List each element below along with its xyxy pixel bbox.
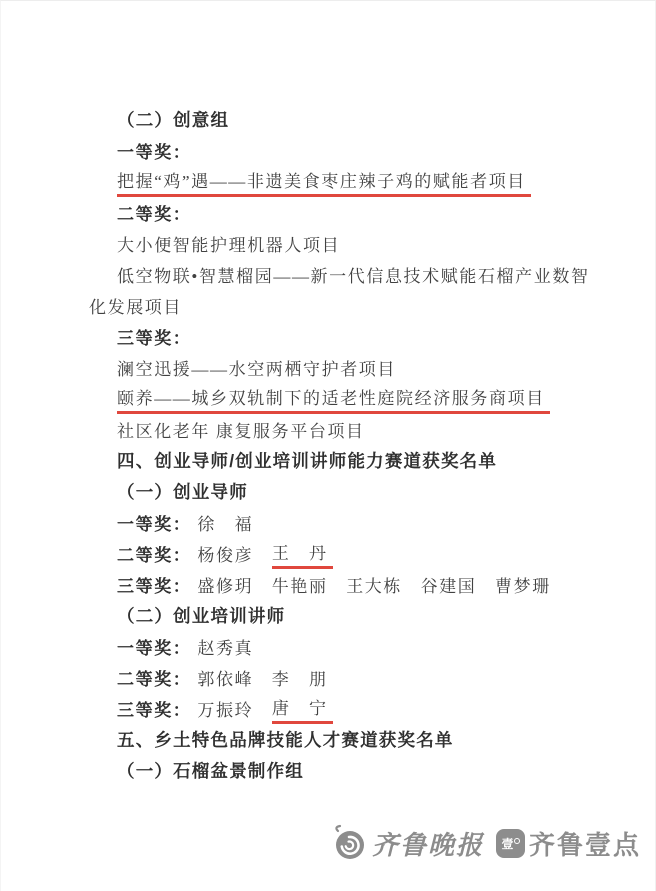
text-line-label: 二等奖： (89, 197, 641, 228)
text-segment: 二等奖： (117, 541, 191, 566)
text-segment: 三等奖： (117, 324, 191, 349)
text-line-names: 一等奖：赵秀真 (89, 631, 641, 662)
text-segment: 化发展项目 (89, 293, 182, 318)
document-page: （二）创意组一等奖：把握“鸡”遇——非遗美食枣庄辣子鸡的赋能者项目二等奖：大小便… (0, 0, 656, 891)
text-line-names: 三等奖：盛修玥 牛艳丽 王大栋 谷建国 曹梦珊 (89, 569, 641, 600)
text-segment: （一）创业导师 (117, 479, 248, 504)
text-segment: 一等奖： (117, 138, 191, 163)
footer-logos: 齐鲁晚报 壹 齐鲁壹点 (332, 821, 641, 865)
text-segment: （二）创业培训讲师 (117, 603, 285, 628)
text-line-heading: 四、创业导师/创业培训讲师能力赛道获奖名单 (89, 445, 641, 476)
red-underlined-text: 王 丹 (272, 539, 333, 569)
text-segment: 低空物联•智慧榴园——新一代信息技术赋能石榴产业数智 (117, 262, 590, 287)
text-line-names: 一等奖：徐 福 (89, 507, 641, 538)
text-segment: 二等奖： (117, 665, 191, 690)
text-segment: 二等奖： (117, 200, 191, 225)
text-line-body: 大小便智能护理机器人项目 (89, 228, 641, 259)
text-segment: 澜空迅援——水空两栖守护者项目 (117, 355, 396, 380)
qilu-evening-news-swirl-icon (332, 824, 368, 862)
text-line-body: 颐养——城乡双轨制下的适老性庭院经济服务商项目 (89, 383, 641, 414)
text-line-heading: 五、乡土特色品牌技能人才赛道获奖名单 (89, 724, 641, 755)
text-line-body-cont: 化发展项目 (89, 290, 641, 321)
text-segment: 郭依峰 李 朋 (197, 665, 327, 690)
text-segment: 大小便智能护理机器人项目 (117, 231, 340, 256)
text-segment: 社区化老年 康复服务平台项目 (117, 417, 365, 442)
app-icon-glyph: 壹 (501, 835, 513, 852)
text-line-subheading: （二）创业培训讲师 (89, 600, 641, 631)
text-segment: 一等奖： (117, 634, 191, 659)
text-segment: 盛修玥 牛艳丽 王大栋 谷建国 曹梦珊 (197, 572, 550, 597)
text-segment: 赵秀真 (197, 634, 253, 659)
text-line-body: 社区化老年 康复服务平台项目 (89, 414, 641, 445)
text-line-names: 二等奖：杨俊彦 王 丹 (89, 538, 641, 569)
red-underlined-text: 颐养——城乡双轨制下的适老性庭院经济服务商项目 (117, 384, 550, 414)
text-line-names: 三等奖：万振玲 唐 宁 (89, 693, 641, 724)
text-segment: （二）创意组 (117, 107, 229, 132)
qilu-yidian-logo: 壹 齐鲁壹点 (496, 825, 641, 862)
text-segment: 五、乡土特色品牌技能人才赛道获奖名单 (117, 727, 454, 752)
text-segment: 三等奖： (117, 572, 191, 597)
text-line-subheading: （一）石榴盆景制作组 (89, 755, 641, 786)
text-segment: 杨俊彦 (197, 541, 271, 566)
text-line-body: 把握“鸡”遇——非遗美食枣庄辣子鸡的赋能者项目 (89, 166, 641, 197)
red-underlined-text: 唐 宁 (272, 694, 333, 724)
text-line-label: 三等奖： (89, 321, 641, 352)
text-line-label: 一等奖： (89, 135, 641, 166)
text-line-names: 二等奖：郭依峰 李 朋 (89, 662, 641, 693)
qilu-yidian-wordmark: 齐鲁壹点 (529, 825, 641, 862)
qilu-evening-news-logo: 齐鲁晚报 (332, 824, 484, 862)
text-segment: 万振玲 (197, 696, 271, 721)
text-segment: 三等奖： (117, 696, 191, 721)
text-segment: 一等奖： (117, 510, 191, 535)
document-body: （二）创意组一等奖：把握“鸡”遇——非遗美食枣庄辣子鸡的赋能者项目二等奖：大小便… (89, 104, 641, 786)
text-line-body: 澜空迅援——水空两栖守护者项目 (89, 352, 641, 383)
text-segment: （一）石榴盆景制作组 (117, 758, 304, 783)
text-line-subheading: （一）创业导师 (89, 476, 641, 507)
text-segment: 四、创业导师/创业培训讲师能力赛道获奖名单 (117, 448, 497, 473)
app-icon-dot (514, 838, 520, 844)
qilu-evening-news-wordmark: 齐鲁晚报 (372, 825, 484, 862)
text-line-subheading: （二）创意组 (89, 104, 641, 135)
red-underlined-text: 把握“鸡”遇——非遗美食枣庄辣子鸡的赋能者项目 (117, 167, 531, 197)
text-line-body: 低空物联•智慧榴园——新一代信息技术赋能石榴产业数智 (89, 259, 641, 290)
qilu-yidian-app-icon: 壹 (496, 829, 525, 858)
text-segment: 徐 福 (197, 510, 253, 535)
